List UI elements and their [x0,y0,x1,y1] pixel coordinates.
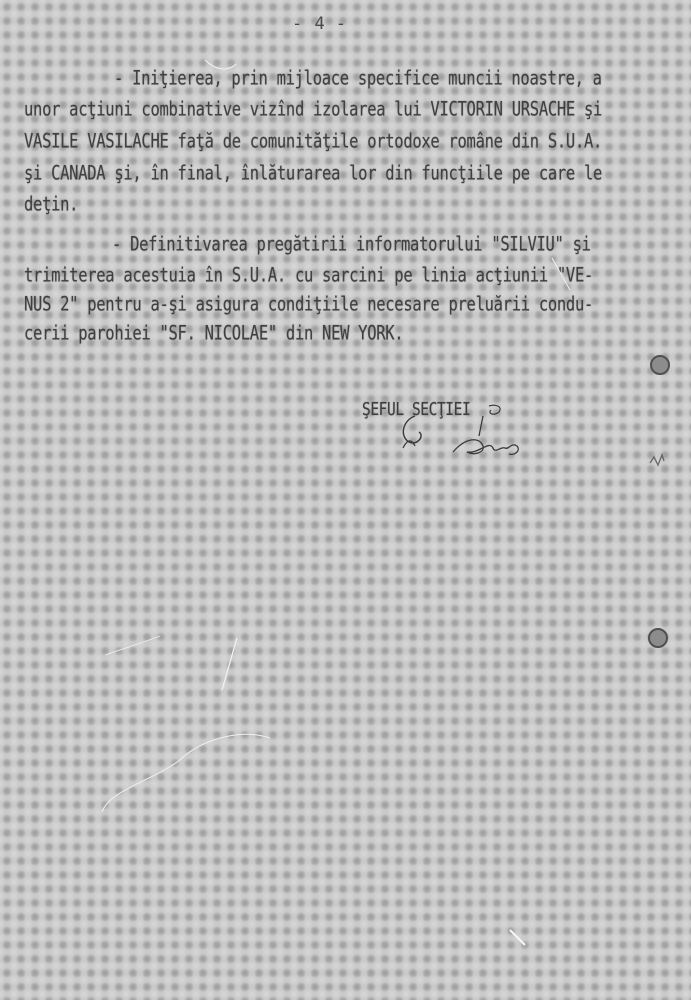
paragraph-1-line-2: unor acţiuni combinative vizînd izolarea… [24,98,602,121]
page-number-value: 4 [314,14,325,34]
paragraph-1-line-4: şi CANADA şi, în final, înlăturarea lor … [24,162,602,185]
margin-mark [648,453,666,467]
page-number-dash-right: - [336,14,347,34]
paragraph-1-line-3: VASILE VASILACHE faţă de comunităţile or… [24,130,602,153]
page-number: - 4- [292,14,347,34]
scanned-document-page: - 4- - Iniţierea, prin mijloace specific… [0,0,691,1000]
page-number-dash-left: - [292,14,314,34]
paragraph-1-line-1: - Iniţierea, prin mijloace specifice mun… [114,67,602,90]
paragraph-2-line-1: - Definitivarea pregătirii informatorulu… [112,233,591,256]
paragraph-2-line-4: cerii parohiei "SF. NICOLAE" din NEW YOR… [24,322,403,345]
hole-punch-top [650,355,670,375]
hole-punch-bottom [648,628,668,648]
paragraph-1-line-5: deţin. [24,193,78,216]
handwritten-signature [395,402,530,460]
paragraph-2-line-3: NUS 2" pentru a-şi asigura condiţiile ne… [24,293,593,316]
paragraph-2-line-2: trimiterea acestuia în S.U.A. cu sarcini… [24,264,593,287]
